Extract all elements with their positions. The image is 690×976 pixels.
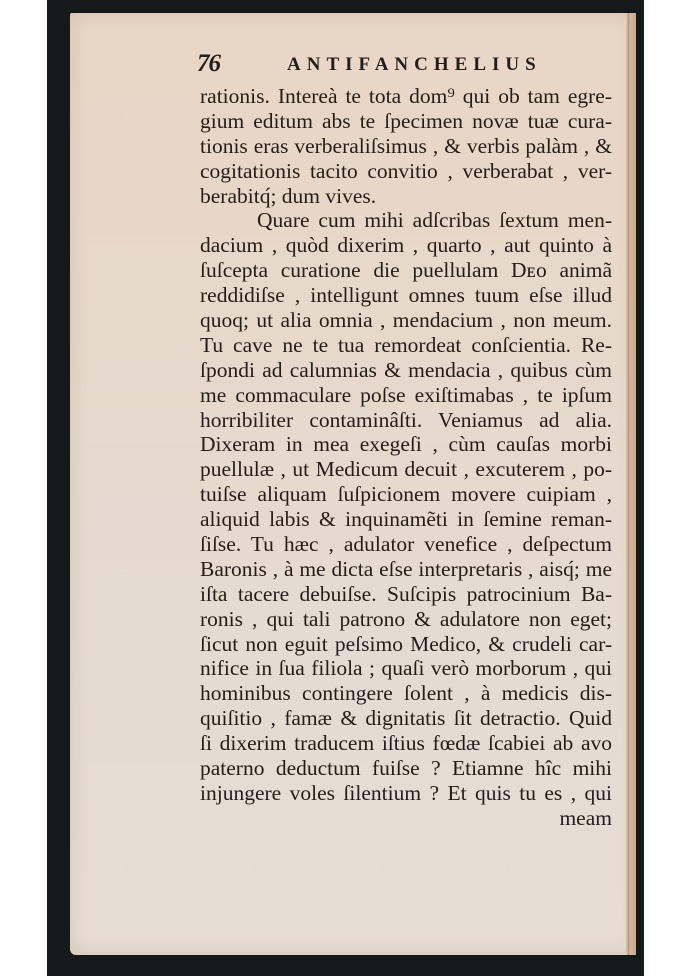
text-line: injungere voles ſilentium ? Et quis tu e… — [200, 781, 612, 806]
text-line: me commaculare poſse exiſtimabas , te ip… — [200, 383, 612, 408]
catchword: meam — [200, 806, 612, 831]
text-line: ſpondi ad calumnias & mendacia , quibus … — [200, 358, 612, 383]
text-line: puellulæ , ut Medicum decuit , excuterem… — [200, 457, 612, 482]
paragraph-start-line: Quare cum mihi adſcribas ſextum men- — [200, 208, 612, 233]
text-line: dacium , quòd dixerim , quarto , aut qui… — [200, 233, 612, 258]
text-line: cogitationis tacito convitio , verberaba… — [200, 159, 612, 184]
text-line: quoq; ut alia omnia , mendacium , non me… — [200, 308, 612, 333]
text-line: rationis. Intereà te tota dom⁹ qui ob ta… — [200, 84, 612, 109]
text-line: ronis , qui tali patrono & adulatore non… — [200, 607, 612, 632]
text-line: Baronis , à me dicta eſse interpretaris … — [200, 557, 612, 582]
text-line: Tu cave ne te tua remordeat conſcientia.… — [200, 333, 612, 358]
text-line: ſuſcepta curatione die puellulam Dᴇᴏ ani… — [200, 258, 612, 283]
text-line: Dixeram in mea exegeſi , cùm cauſas morb… — [200, 432, 612, 457]
text-line: ſicut non eguit peſsimo Medico, & crudel… — [200, 632, 612, 657]
page-number: 76 — [197, 50, 220, 78]
body-text: rationis. Intereà te tota dom⁹ qui ob ta… — [200, 84, 612, 831]
text-line: paterno deductum fuiſse ? Etiamne hîc mi… — [200, 756, 612, 781]
text-line: quiſitio , famæ & dignitatis ſit detract… — [200, 706, 612, 731]
running-title: ANTIFANCHELIUS — [287, 54, 542, 76]
text-line: nifice in ſua filiola ; quaſi verò morbo… — [200, 656, 612, 681]
text-line: iſta tacere debuiſse. Suſcipis patrocini… — [200, 582, 612, 607]
text-line: tuiſse aliquam ſuſpicionem movere cuipia… — [200, 482, 612, 507]
text-line: hominibus contingere ſolent , à medicis … — [200, 681, 612, 706]
text-line: ſiſse. Tu hæc , adulator venefice , deſp… — [200, 532, 612, 557]
page-header: 76 ANTIFANCHELIUS — [197, 50, 557, 80]
text-line: ſi dixerim traducem iſtius fœdæ ſcabiei … — [200, 731, 612, 756]
text-line: tionis eras verberaliſsimus , & verbis p… — [200, 134, 612, 159]
text-line: berabitq́; dum vives. — [200, 184, 612, 209]
page-binding-edge — [626, 13, 636, 955]
text-line: aliquid labis & inquinamẽti in ſemine re… — [200, 507, 612, 532]
text-line: gium editum abs te ſpecimen novæ tuæ cur… — [200, 109, 612, 134]
text-line: horribiliter contaminâſti. Veniamus ad a… — [200, 408, 612, 433]
text-line: reddidiſse , intelligunt omnes tuum eſse… — [200, 283, 612, 308]
